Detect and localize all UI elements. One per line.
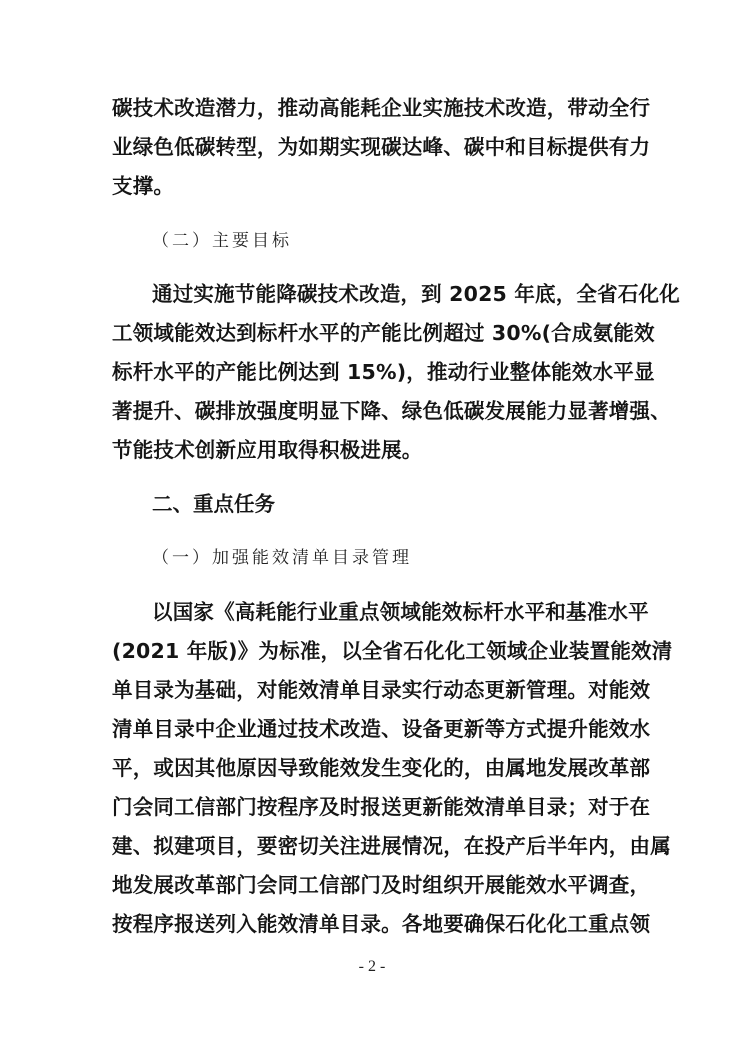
paragraph-line: 碳技术改造潜力，推动高能耗企业实施技术改造，带动全行 xyxy=(112,95,634,121)
paragraph-line: 清单目录中企业通过技术改造、设备更新等方式提升能效水 xyxy=(112,716,634,742)
page-number: - 2 - xyxy=(0,958,744,976)
paragraph-line: 著提升、碳排放强度明显下降、绿色低碳发展能力显著增强、 xyxy=(112,398,634,424)
paragraph-line: 地发展改革部门会同工信部门及时组织开展能效水平调查， xyxy=(112,872,634,898)
paragraph-line: 单目录为基础，对能效清单目录实行动态更新管理。对能效 xyxy=(112,677,634,703)
paragraph-line: 工领域能效达到标杆水平的产能比例超过 30%(合成氨能效 xyxy=(112,320,634,346)
paragraph-line: 支撑。 xyxy=(112,173,634,199)
chapter-heading-key-tasks: 二、重点任务 xyxy=(152,491,275,517)
paragraph-line: 通过实施节能降碳技术改造，到 2025 年底，全省石化化 xyxy=(152,281,634,307)
paragraph-line: 标杆水平的产能比例达到 15%)，推动行业整体能效水平显 xyxy=(112,359,634,385)
paragraph-line: 建、拟建项目，要密切关注进展情况，在投产后半年内，由属 xyxy=(112,833,634,859)
paragraph-line: 业绿色低碳转型，为如期实现碳达峰、碳中和目标提供有力 xyxy=(112,134,634,160)
paragraph-line: 节能技术创新应用取得积极进展。 xyxy=(112,437,634,463)
section-heading-main-goals: （二）主要目标 xyxy=(152,229,292,253)
paragraph-line: (2021 年版)》为标准，以全省石化化工领域企业装置能效清 xyxy=(112,638,634,664)
paragraph-line: 以国家《高耗能行业重点领域能效标杆水平和基准水平 xyxy=(152,599,634,625)
paragraph-line: 门会同工信部门按程序及时报送更新能效清单目录；对于在 xyxy=(112,794,634,820)
paragraph-line: 平，或因其他原因导致能效发生变化的，由属地发展改革部 xyxy=(112,755,634,781)
paragraph-line: 按程序报送列入能效清单目录。各地要确保石化化工重点领 xyxy=(112,911,634,937)
document-page: 碳技术改造潜力，推动高能耗企业实施技术改造，带动全行 业绿色低碳转型，为如期实现… xyxy=(0,0,744,1052)
section-heading-efficiency-list: （一）加强能效清单目录管理 xyxy=(152,546,412,570)
